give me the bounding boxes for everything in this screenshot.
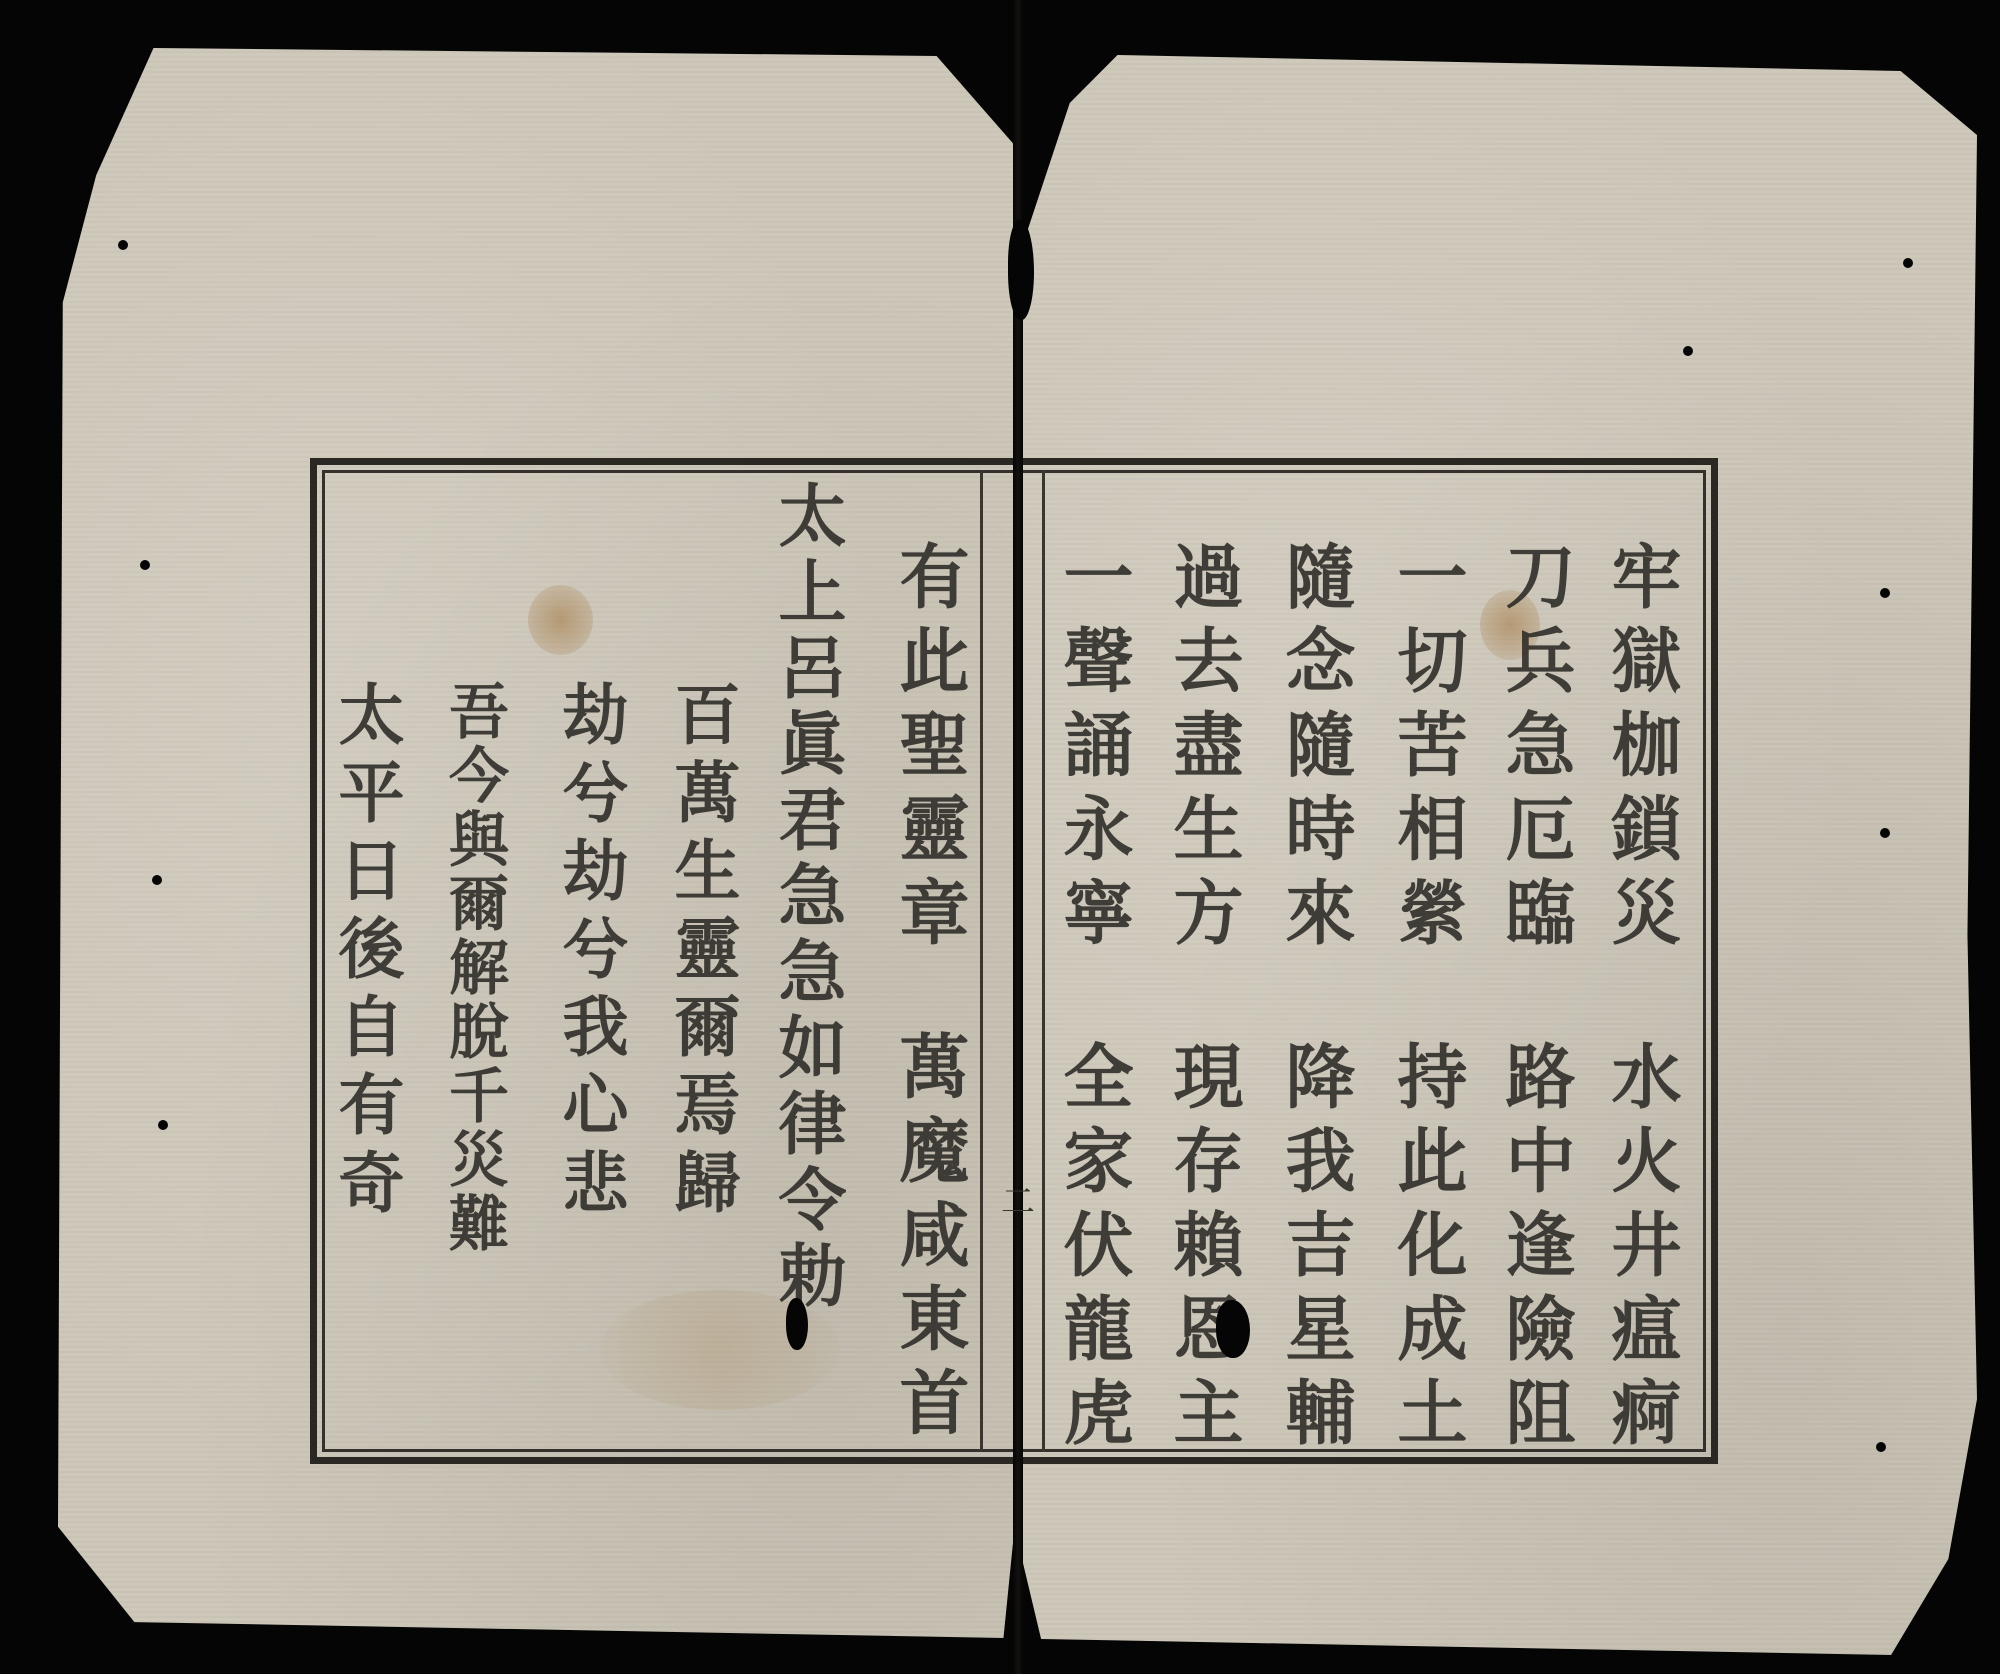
binding-hole [1880,588,1890,598]
binding-hole [158,1120,168,1130]
center-column-line-left [980,470,983,1452]
right-col-4-top: 隨念隨時來 [1280,540,1350,960]
right-col-2-top: 刀兵急厄臨 [1500,540,1570,960]
binding-hole [118,240,128,250]
binding-hole [1683,346,1693,356]
binding-hole [152,875,162,885]
wormhole-damage [1216,1300,1250,1358]
center-column-line-right [1042,470,1045,1452]
right-col-4-bottom: 降我吉星輔 [1280,1040,1350,1460]
right-col-5-top: 過去盡生方 [1168,540,1238,960]
page-number: 二 [998,1185,1038,1219]
left-col-1-top: 有此聖靈章 [894,540,964,960]
binding-hole [1880,828,1890,838]
right-col-6-bottom: 全家伏龍虎 [1058,1040,1128,1460]
right-col-1-bottom: 水火井瘟痾 [1606,1040,1676,1460]
fold-tear [1008,220,1034,320]
left-col-5: 吾今與爾解脫千災難 [444,680,504,1256]
binding-hole [140,560,150,570]
binding-hole [1876,1442,1886,1452]
right-col-5-bottom: 現存賴恩主 [1168,1040,1238,1460]
left-col-6: 太平日後自有奇 [332,680,398,1226]
wormhole-damage [786,1298,808,1350]
right-col-3-top: 一切苦相縈 [1392,540,1462,960]
right-col-2-bottom: 路中逢險阻 [1500,1040,1570,1460]
left-col-3: 百萬生靈爾焉歸 [668,680,734,1226]
right-col-6-top: 一聲誦永寧 [1058,540,1128,960]
right-col-1-top: 牢獄枷鎖災 [1606,540,1676,960]
left-col-1-bottom: 萬魔咸東首 [894,1030,964,1450]
binding-hole [1903,258,1913,268]
left-col-2: 太上呂眞君急急如律令勅 [772,480,840,1316]
right-col-3-bottom: 持此化成土 [1392,1040,1462,1460]
left-col-4: 劫兮劫兮我心悲 [556,680,622,1226]
